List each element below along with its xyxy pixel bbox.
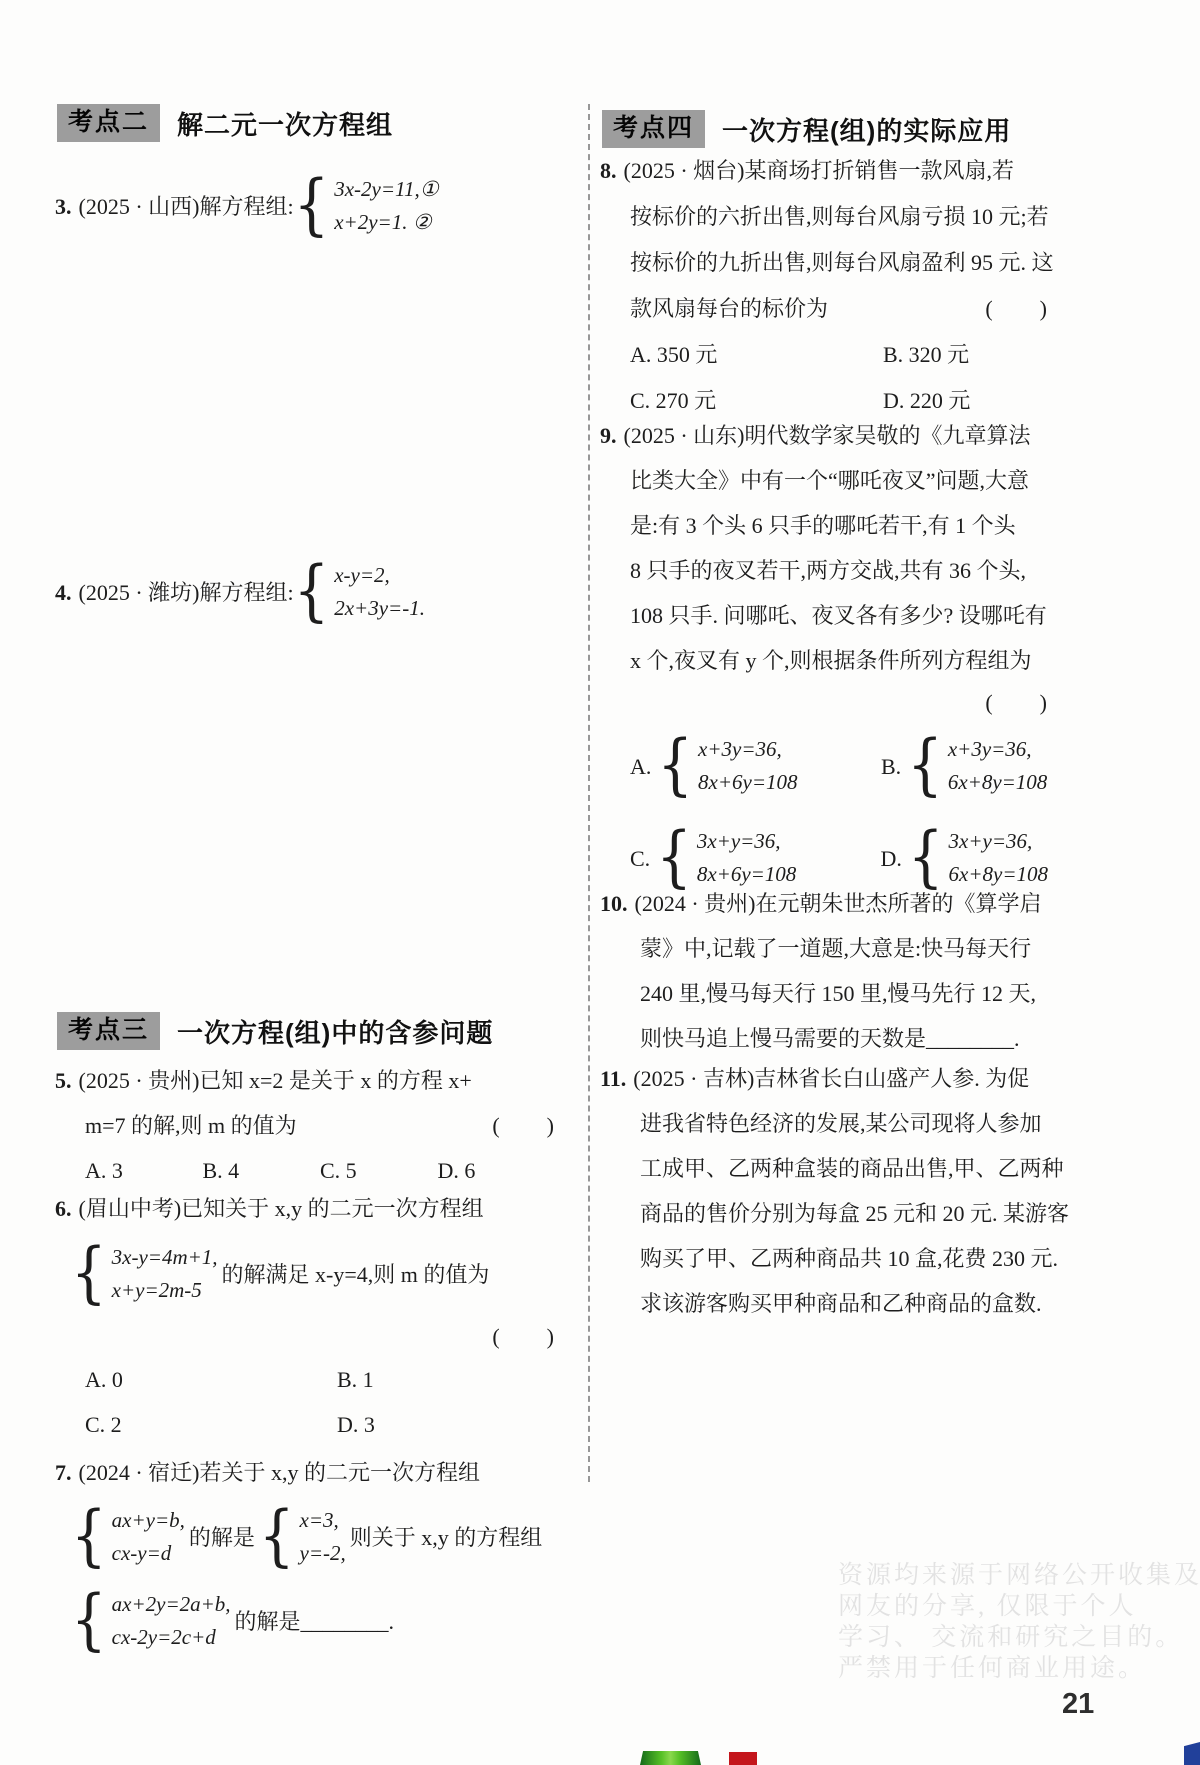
option-b: B. 1	[337, 1357, 374, 1402]
option-label: D.	[880, 836, 901, 881]
equation-line: 6x+8y=108	[948, 766, 1047, 799]
equation-line: 8x+6y=108	[698, 766, 797, 799]
equation-line: y=-2,	[300, 1537, 346, 1570]
equation-line: 3x+y=36,	[949, 825, 1048, 858]
question-text: 的解满足 x-y=4,则 m 的值为	[222, 1252, 490, 1297]
brace-glyph: {	[294, 173, 330, 239]
question-6-options-cd: C. 2 D. 3	[85, 1402, 555, 1447]
question-5: 5.(2025 · 贵州)已知 x=2 是关于 x 的方程 x+ m=7 的解,…	[55, 1058, 555, 1193]
equation-line: cx-y=d	[112, 1537, 185, 1570]
question-5-line-1: 5.(2025 · 贵州)已知 x=2 是关于 x 的方程 x+	[85, 1058, 555, 1103]
question-10-line-1: 10.(2024 · 贵州)在元朝朱世杰所著的《算学启	[640, 881, 1058, 926]
section-4-title: 一次方程(组)的实际应用	[722, 111, 1011, 148]
question-6-options-ab: A. 0 B. 1	[85, 1357, 555, 1402]
brace-glyph: {	[907, 733, 943, 799]
watermark-line: 学习、 交流和研究之目的。	[838, 1622, 1200, 1653]
question-number: 4.	[55, 580, 72, 605]
option-b: B. 320 元	[883, 332, 969, 378]
question-number: 6.	[55, 1196, 72, 1221]
brace-glyph: {	[294, 559, 330, 625]
question-7-system-row-1: { ax+y=b, cx-y=d 的解是 { x=3, y=-2, 则关于 x,…	[71, 1495, 555, 1579]
question-8-line-3: 按标价的九折出售,则每台风扇盈利 95 元. 这	[630, 240, 1048, 286]
question-7-system-row-2: { ax+2y=2a+b, cx-2y=2c+d 的解是________.	[71, 1579, 555, 1663]
section-2-title: 解二元一次方程组	[177, 105, 393, 142]
question-text: (2025 · 山东)明代数学家吴敬的《九章算法	[624, 423, 1031, 448]
question-9-line-6: x 个,夜叉有 y 个,则根据条件所列方程组为	[630, 638, 1048, 683]
equation-line: x+3y=36,	[948, 733, 1047, 766]
option-a: A. 350 元	[630, 332, 883, 378]
option-a: A. { x+3y=36, 8x+6y=108	[630, 733, 881, 799]
question-8-options-ab: A. 350 元 B. 320 元	[630, 332, 1048, 378]
question-number: 11.	[600, 1066, 626, 1091]
equation-line: x=3,	[300, 1504, 346, 1537]
question-10: 10.(2024 · 贵州)在元朝朱世杰所著的《算学启 蒙》中,记载了一道题,大…	[600, 881, 1058, 1061]
question-10-line-4: 则快马追上慢马需要的天数是________.	[640, 1016, 1058, 1061]
question-text: m=7 的解,则 m 的值为	[85, 1103, 297, 1148]
question-3: 3.(2025 · 山西)解方程组: { 3x-2y=11,① x+2y=1. …	[55, 162, 525, 250]
section-header-4: 考点四 一次方程(组)的实际应用	[602, 110, 1011, 148]
question-8-line-4: 款风扇每台的标价为 ( )	[630, 286, 1048, 332]
option-label: C.	[630, 836, 650, 881]
brace-glyph: {	[657, 733, 693, 799]
question-text: (2025 · 贵州)已知 x=2 是关于 x 的方程 x+	[79, 1068, 472, 1093]
question-number: 8.	[600, 158, 617, 183]
bottom-red-logo	[729, 1752, 757, 1765]
question-3-intro: 3.(2025 · 山西)解方程组:	[55, 184, 294, 229]
question-text: (2025 · 烟台)某商场打折销售一款风扇,若	[624, 158, 1014, 183]
question-text: 的解是________.	[235, 1599, 395, 1644]
bottom-green-logo	[640, 1751, 701, 1765]
page-number: 21	[1062, 1688, 1094, 1721]
question-text: (2024 · 贵州)在元朝朱世杰所著的《算学启	[635, 891, 1042, 916]
question-5-line-2: m=7 的解,则 m 的值为 ( )	[85, 1103, 555, 1148]
question-9-line-5: 108 只手. 问哪吒、夜叉各有多少? 设哪吒有	[630, 593, 1048, 638]
equation-system: { x+3y=36, 6x+8y=108	[907, 733, 1047, 799]
option-b: B. { x+3y=36, 6x+8y=108	[881, 733, 1047, 799]
question-9-line-2: 比类大全》中有一个“哪吒夜叉”问题,大意	[630, 458, 1048, 503]
section-header-3: 考点三 一次方程(组)中的含参问题	[57, 1012, 493, 1050]
equation-system: { x-y=2, 2x+3y=-1.	[294, 559, 425, 625]
equation-line: x+2y=1. ②	[334, 206, 438, 239]
bottom-blue-logo	[1184, 1742, 1200, 1765]
brace-glyph: {	[71, 1588, 107, 1654]
brace-glyph: {	[259, 1504, 295, 1570]
watermark-line: 网友的分享, 仅限于个人	[838, 1591, 1200, 1622]
equation-line: x+3y=36,	[698, 733, 797, 766]
question-10-line-2: 蒙》中,记载了一道题,大意是:快马每天行	[640, 926, 1058, 971]
question-9-options-ab: A. { x+3y=36, 8x+6y=108 B. { x+3y=36, 6x…	[630, 723, 1048, 809]
equation-line: cx-2y=2c+d	[112, 1621, 231, 1654]
question-4: 4.(2025 · 潍坊)解方程组: { x-y=2, 2x+3y=-1.	[55, 548, 525, 636]
brace-glyph: {	[71, 1504, 107, 1570]
question-11-line-4: 商品的售价分别为每盒 25 元和 20 元. 某游客	[640, 1191, 1058, 1236]
question-3-text: (2025 · 山西)解方程组:	[79, 194, 294, 219]
question-11: 11.(2025 · 吉林)吉林省长白山盛产人参. 为促 进我省特色经济的发展,…	[600, 1056, 1058, 1326]
question-text: (眉山中考)已知关于 x,y 的二元一次方程组	[79, 1196, 484, 1221]
answer-paren: ( )	[985, 286, 1048, 332]
question-number: 5.	[55, 1068, 72, 1093]
option-label: B.	[881, 744, 901, 789]
question-9-line-3: 是:有 3 个头 6 只手的哪吒若干,有 1 个头	[630, 503, 1048, 548]
question-6: 6.(眉山中考)已知关于 x,y 的二元一次方程组 { 3x-y=4m+1, x…	[55, 1186, 555, 1447]
option-a: A. 0	[85, 1357, 337, 1402]
answer-paren: ( )	[492, 1103, 555, 1148]
workbook-page: 考点二 解二元一次方程组 3.(2025 · 山西)解方程组: { 3x-2y=…	[0, 0, 1200, 1765]
option-label: A.	[630, 744, 651, 789]
question-number: 3.	[55, 194, 72, 219]
question-11-line-6: 求该游客购买甲种商品和乙种商品的盒数.	[640, 1281, 1058, 1326]
question-8-line-2: 按标价的六折出售,则每台风扇亏损 10 元;若	[630, 194, 1048, 240]
option-d: D. 3	[337, 1402, 375, 1447]
section-2-badge: 考点二	[57, 104, 160, 142]
equation-system: { ax+2y=2a+b, cx-2y=2c+d	[71, 1588, 231, 1654]
equation-line: 3x-2y=11,①	[334, 173, 438, 206]
section-header-2: 考点二 解二元一次方程组	[57, 104, 393, 142]
question-9-paren-line: ( )	[630, 683, 1048, 723]
equation-system: { x+3y=36, 8x+6y=108	[657, 733, 797, 799]
question-9: 9.(2025 · 山东)明代数学家吴敬的《九章算法 比类大全》中有一个“哪吒夜…	[600, 413, 1048, 901]
copyright-watermark: 资源均来源于网络公开收集及 网友的分享, 仅限于个人 学习、 交流和研究之目的。…	[838, 1560, 1200, 1684]
equation-line: ax+y=b,	[112, 1504, 185, 1537]
question-9-line-1: 9.(2025 · 山东)明代数学家吴敬的《九章算法	[630, 413, 1048, 458]
section-3-badge: 考点三	[57, 1012, 160, 1050]
equation-system: { 3x-2y=11,① x+2y=1. ②	[294, 173, 439, 239]
answer-paren: ( )	[985, 690, 1048, 715]
question-11-line-2: 进我省特色经济的发展,某公司现将人参加	[640, 1101, 1058, 1146]
question-4-text: (2025 · 潍坊)解方程组:	[79, 580, 294, 605]
question-6-system-row: { 3x-y=4m+1, x+y=2m-5 的解满足 x-y=4,则 m 的值为	[71, 1231, 555, 1317]
question-11-line-1: 11.(2025 · 吉林)吉林省长白山盛产人参. 为促	[640, 1056, 1058, 1101]
answer-paren: ( )	[492, 1324, 555, 1349]
question-10-line-3: 240 里,慢马每天行 150 里,慢马先行 12 天,	[640, 971, 1058, 1016]
equation-line: x+y=2m-5	[112, 1274, 218, 1307]
option-c: C. 2	[85, 1402, 337, 1447]
question-6-line-1: 6.(眉山中考)已知关于 x,y 的二元一次方程组	[85, 1186, 555, 1231]
section-4-badge: 考点四	[602, 110, 705, 148]
question-text: (2025 · 吉林)吉林省长白山盛产人参. 为促	[633, 1066, 1029, 1091]
question-11-line-3: 工成甲、乙两种盒装的商品出售,甲、乙两种	[640, 1146, 1058, 1191]
question-number: 7.	[55, 1460, 72, 1485]
watermark-line: 资源均来源于网络公开收集及	[838, 1560, 1200, 1591]
equation-system: { x=3, y=-2,	[259, 1504, 346, 1570]
equation-line: 3x-y=4m+1,	[112, 1241, 218, 1274]
equation-line: 2x+3y=-1.	[334, 592, 425, 625]
brace-glyph: {	[71, 1241, 107, 1307]
equation-system: { ax+y=b, cx-y=d	[71, 1504, 185, 1570]
equation-line: 3x+y=36,	[697, 825, 796, 858]
question-8: 8.(2025 · 烟台)某商场打折销售一款风扇,若 按标价的六折出售,则每台风…	[600, 148, 1048, 424]
question-7-line-1: 7.(2024 · 宿迁)若关于 x,y 的二元一次方程组	[85, 1450, 555, 1495]
question-text: 则关于 x,y 的方程组	[350, 1515, 543, 1560]
column-divider	[588, 104, 590, 1482]
equation-line: ax+2y=2a+b,	[112, 1588, 231, 1621]
question-text: 的解是	[189, 1515, 255, 1560]
question-number: 10.	[600, 891, 628, 916]
section-3-title: 一次方程(组)中的含参问题	[177, 1013, 493, 1050]
equation-line: x-y=2,	[334, 559, 425, 592]
question-7: 7.(2024 · 宿迁)若关于 x,y 的二元一次方程组 { ax+y=b, …	[55, 1450, 555, 1663]
question-9-line-4: 8 只手的夜叉若干,两方交战,共有 36 个头,	[630, 548, 1048, 593]
watermark-line: 严禁用于任何商业用途。	[838, 1653, 1200, 1684]
question-4-intro: 4.(2025 · 潍坊)解方程组:	[55, 570, 294, 615]
question-number: 9.	[600, 423, 617, 448]
question-6-paren-line: ( )	[85, 1317, 555, 1357]
question-11-line-5: 购买了甲、乙两种商品共 10 盒,花费 230 元.	[640, 1236, 1058, 1281]
question-8-line-1: 8.(2025 · 烟台)某商场打折销售一款风扇,若	[630, 148, 1048, 194]
equation-system: { 3x-y=4m+1, x+y=2m-5	[71, 1241, 218, 1307]
question-text: 款风扇每台的标价为	[630, 286, 828, 332]
question-text: (2024 · 宿迁)若关于 x,y 的二元一次方程组	[79, 1460, 480, 1485]
